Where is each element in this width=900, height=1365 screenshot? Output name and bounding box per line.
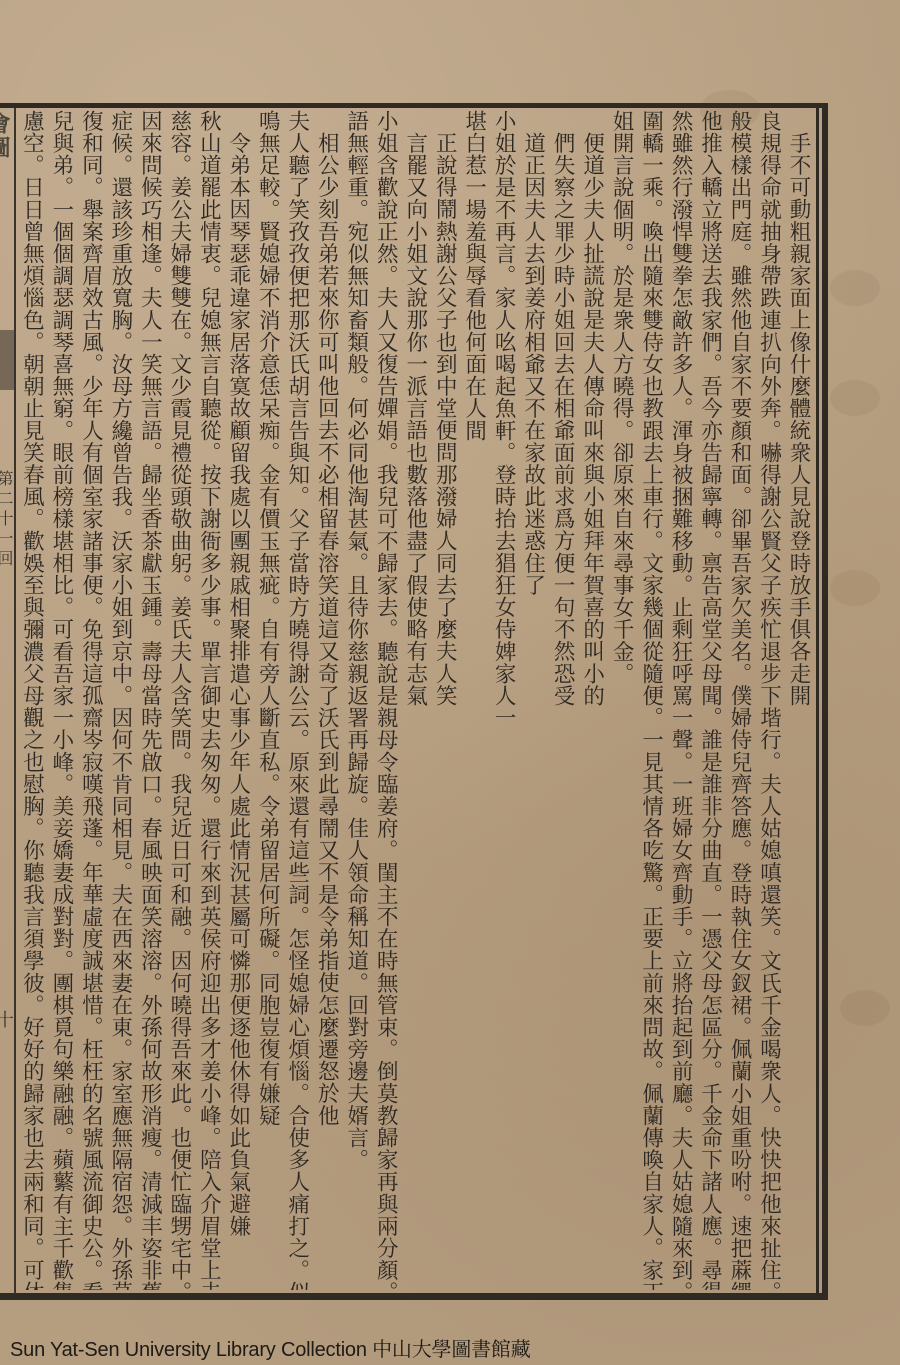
- paper-stain: [830, 270, 880, 306]
- text-column: 言罷又向小姐文說那你一派言語也數落他盡了假使略有志氣: [401, 110, 430, 1312]
- text-column: 慈容。姜公夫婦雙雙在。文少霞見禮從頭敬曲躬。姜氏夫人含笑問。我兒近日可和融。因何…: [165, 110, 194, 1290]
- gutter-folio-number: 十: [0, 1010, 16, 1028]
- text-column: 般模樣出門庭。雖然他自家不要顏和面。卻畢吾家欠美名。僕婦侍兒齊答應。登時執住女釵…: [726, 110, 755, 1290]
- text-column: 他推入轎立將送去我家們。吾今亦告歸寧轉。禀告高堂父母聞。誰是誰非分曲直。一憑父母…: [696, 110, 725, 1290]
- text-column: 兒與弟。一個個調瑟調琴喜無窮。眼前榜樣堪相比。可看吾家一小峰。美妾嬌妻成對對。團…: [47, 110, 76, 1290]
- text-column: 手不可動粗親家面上像什麼體統衆人見說登時放手俱各走開: [785, 110, 814, 1312]
- text-column: 症候。還該珍重放寬胸。汝母方纔曾告我。沃家小姐到京中。因何不肯同相見。夫在西來妻…: [106, 110, 135, 1290]
- gutter-divider: [14, 108, 16, 1294]
- text-column: 便道少夫人扯謊說是夫人傳命叫來與小姐拜年賀喜的叫小的: [578, 110, 607, 1312]
- fishtail-mark-icon: [0, 330, 14, 390]
- text-column: 然雖然行潑悍雙拳怎敵許多人。渾身被捆難移動。止剩狂呼罵一聲。一班婦女齊動手。立將…: [667, 110, 696, 1290]
- text-column: 秋山道罷此情衷。兒媳無言自聽從。按下謝衙多少事。單言御史去匆匆。還行來到英侯府迎…: [195, 110, 224, 1290]
- frame-right-inner-border: [816, 103, 819, 1300]
- text-column: 良規得命就抽身帶跌連扒向外奔。嚇得謝公賢父子疾忙退步下堦行。夫人姑媳嗔還笑。文氏…: [755, 110, 784, 1290]
- page-gutter: [0, 108, 14, 1294]
- paper-stain: [830, 570, 880, 606]
- text-column: 道正因夫人去到姜府相爺又不在家故此迷惑住了: [519, 110, 548, 1312]
- text-column: 圍轎一乘。喚出隨來雙侍女也教跟去上車行。文家幾個從隨便。一見其情各吃驚。正要上前…: [637, 110, 666, 1290]
- text-column: 堪白惹一場羞與辱看他何面在人間: [460, 110, 489, 1290]
- text-column: 因來問候巧相逢。夫人一笑無言語。歸坐香茶獻玉鍾。壽母當時先啟口。春風映面笑溶溶。…: [136, 110, 165, 1290]
- text-column: 姐開言說個明。於是衆人方曉得。卻原來自來尋事女千金。: [608, 110, 637, 1290]
- text-column: 慮空。日日曾無煩惱色。朝朝止見笑春風。歡娛至與彌濃父母觀之也慰胸。你聽我言須學彼…: [18, 110, 47, 1290]
- frame-right-outer-border: [822, 103, 828, 1300]
- text-column: 復和同。舉案齊眉效古風。少年人有個室家諸事便。免得這孤齋岑寂嘆飛蓬。年華虛度誠堪…: [77, 110, 106, 1290]
- collection-watermark: Sun Yat-Sen University Library Collectio…: [10, 1333, 531, 1362]
- text-column: 鳴無足較。賢媳婦不消介意恁呆痴。金有價玉無疵。自有旁人斷直私。令弟留居何所礙。同…: [254, 110, 283, 1290]
- gutter-book-title: 會圖: [0, 112, 14, 160]
- text-column: 小姐含歡說正然。夫人又復告嬋娟。我兒可不歸家去。聽說是親母令臨姜府。閨主不在時無…: [372, 110, 401, 1290]
- text-column: 們失察之罪少時小姐回去在相爺面前求爲方便一句不然恐受: [549, 110, 578, 1312]
- text-column: 令弟本因琴瑟乖違家居落寞故顧留我處以團親戚相聚排遣心事少年人處此情況甚屬可憐那便…: [224, 110, 253, 1312]
- paper-stain: [830, 380, 880, 416]
- paper-stain: [840, 990, 890, 1026]
- vertical-text-block: 手不可動粗親家面上像什麼體統衆人見說登時放手俱各走開良規得命就抽身帶跌連扒向外奔…: [18, 110, 814, 1290]
- text-column: 小姐於是不再言。家人吆喝起魚軒。登時抬去猖狂女侍婢家人一: [490, 110, 519, 1290]
- gutter-chapter-label: 第二十一回: [0, 470, 16, 570]
- text-column: 相公少刻吾弟若來你可叫他回去不必相留春溶笑道這又奇了沃氏到此尋鬧又不是令弟指使怎…: [313, 110, 342, 1312]
- text-column: 語無輕重。宛似無知畜類般。何必同他淘甚氣。且待你慈親返署再歸旋。佳人領命稱知道。…: [342, 110, 371, 1290]
- frame-top-border: [0, 103, 828, 108]
- text-column: 正說得鬧熱謝公父子也到中堂便問那潑婦人同去了麼夫人笑: [431, 110, 460, 1312]
- text-column: 夫人聽了笑孜孜便把那沃氏胡言告與知。父子當時方曉得謝公云。原來還有這些詞。怎怪媳…: [283, 110, 312, 1290]
- scanned-book-page: 會圖 第二十一回 十 手不可動粗親家面上像什麼體統衆人見說登時放手俱各走開良規得…: [0, 0, 900, 1365]
